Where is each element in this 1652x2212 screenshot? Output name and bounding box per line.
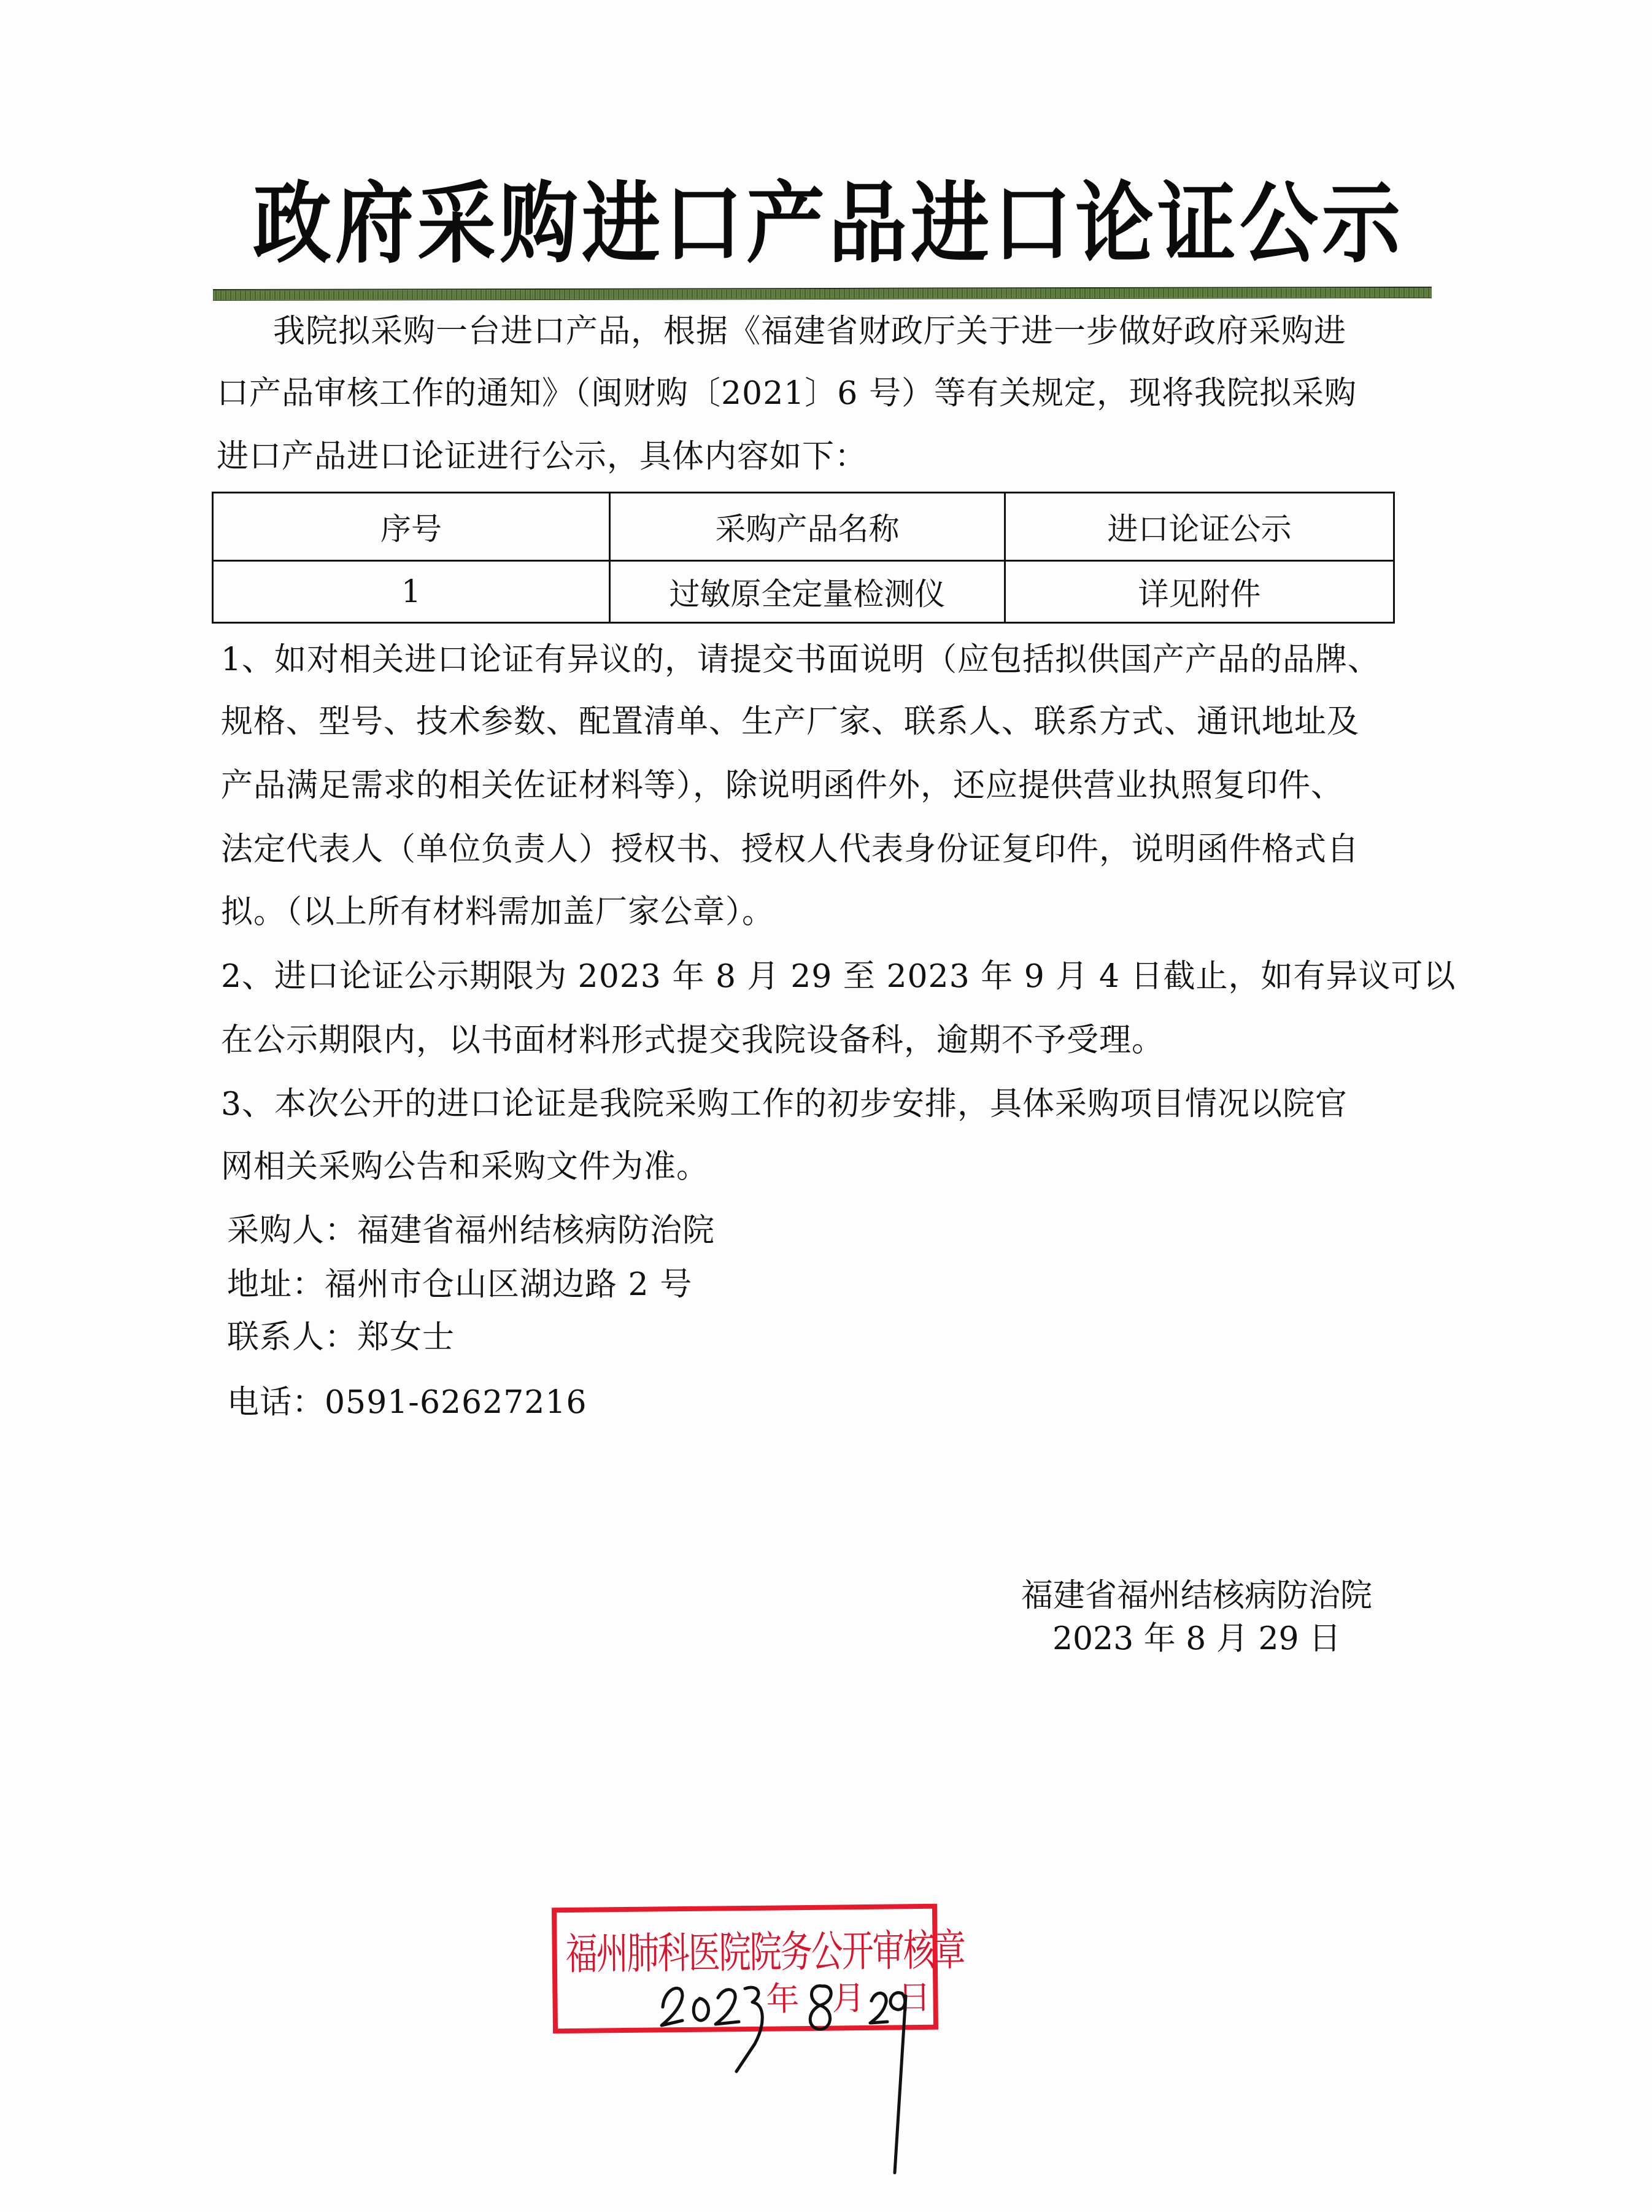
table-header-row: 序号 采购产品名称 进口论证公示 <box>213 493 1394 561</box>
header-serial: 序号 <box>213 493 610 561</box>
item1-line: 拟。（以上所有材料需加盖厂家公章）。 <box>221 891 774 934</box>
item2-line: 在公示期限内，以书面材料形式提交我院设备科，逾期不予受理。 <box>221 1019 1164 1062</box>
item1-line: 1、如对相关进口论证有异议的，请提交书面说明（应包括拟供国产产品的品牌、 <box>221 638 1380 681</box>
intro-line: 我院拟采购一台进口产品，根据《福建省财政厅关于进一步做好政府采购进 <box>273 310 1346 353</box>
phone-info: 电话：0591-62627216 <box>227 1381 587 1424</box>
review-stamp: 福州肺科医院院务公开审核章 年 月 日 <box>552 1904 938 2034</box>
item1-line: 规格、型号、技术参数、配置清单、生产厂家、联系人、联系方式、通讯地址及 <box>221 700 1359 743</box>
address-info: 地址：福州市仓山区湖边路 2 号 <box>227 1263 692 1306</box>
purchaser-info: 采购人：福建省福州结核病防治院 <box>227 1209 715 1252</box>
intro-line: 进口产品进口论证进行公示，具体内容如下： <box>217 435 867 478</box>
intro-line: 口产品审核工作的通知》（闽财购〔2021〕6 号）等有关规定，现将我院拟采购 <box>217 372 1357 415</box>
cell-product-name: 过敏原全定量检测仪 <box>609 561 1005 623</box>
signature-org: 福建省福州结核病防治院 <box>982 1574 1411 1617</box>
item1-line: 产品满足需求的相关佐证材料等），除说明函件外，还应提供营业执照复印件、 <box>221 764 1343 807</box>
products-table: 序号 采购产品名称 进口论证公示 1 过敏原全定量检测仪 详见附件 <box>212 492 1395 624</box>
header-import-proof: 进口论证公示 <box>1005 493 1394 561</box>
item1-line: 法定代表人（单位负责人）授权书、授权人代表身份证复印件，说明函件格式自 <box>221 828 1359 871</box>
cell-serial: 1 <box>213 561 610 623</box>
page-title: 政府采购进口产品进口论证公示 <box>184 172 1473 276</box>
header-product-name: 采购产品名称 <box>609 493 1005 561</box>
stamp-title: 福州肺科医院院务公开审核章 <box>565 1922 934 1984</box>
document-page: 政府采购进口产品进口论证公示 我院拟采购一台进口产品，根据《福建省财政厅关于进一… <box>0 0 1652 2212</box>
signature-date: 2023 年 8 月 29 日 <box>982 1617 1411 1660</box>
cell-import-proof: 详见附件 <box>1005 561 1394 623</box>
table-row: 1 过敏原全定量检测仪 详见附件 <box>213 561 1394 623</box>
item3-line: 3、本次公开的进口论证是我院采购工作的初步安排，具体采购项目情况以院官 <box>221 1083 1348 1126</box>
contact-person-info: 联系人：郑女士 <box>227 1316 455 1359</box>
title-divider <box>213 287 1432 301</box>
stamp-date-labels: 年 月 日 <box>766 1976 942 2021</box>
item3-line: 网相关采购公告和采购文件为准。 <box>221 1145 709 1188</box>
item2-line: 2、进口论证公示期限为 2023 年 8 月 29 至 2023 年 9 月 4… <box>221 955 1456 998</box>
